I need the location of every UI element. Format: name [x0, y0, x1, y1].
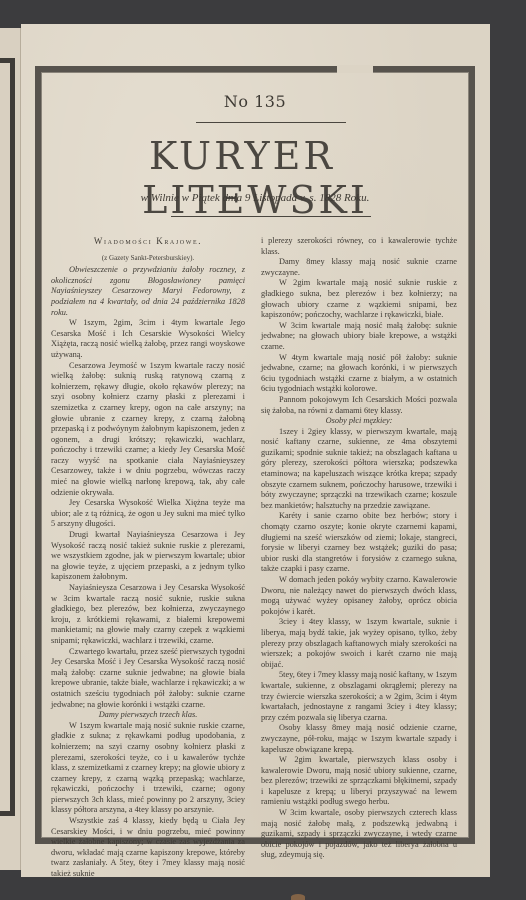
newspaper-page: No 135 KURYERLITEWSKI w Wilnie w Piątek … — [21, 24, 490, 877]
issue-prefix: No — [224, 92, 249, 111]
article-paragraph: W 3cim kwartale, osoby pierwszych cztere… — [261, 808, 457, 861]
article-paragraph: W 1szym, 2gim, 3cim i 4tym kwartale Jego… — [51, 318, 245, 360]
paper-stain — [291, 894, 305, 900]
dateline: w Wilnie w Piątek dnia 9 Listopada v. s.… — [41, 192, 469, 204]
frame-border-gap — [337, 65, 373, 73]
article-paragraph: W 2gim kwartale, pierwszych klass osoby … — [261, 755, 457, 808]
article-paragraph: Karéty i sanie czarno obite bez herbów; … — [261, 511, 457, 575]
header-rule-bottom — [171, 216, 371, 217]
article-paragraph: Cesarzowa Jeymość w 1szym kwartale raczy… — [51, 361, 245, 499]
article-paragraph: 5tey, 6tey i 7mey klassy mają nosić kaft… — [261, 670, 457, 723]
article-paragraph: Jey Cesarska Wysokość Wielka Xiężna teyż… — [51, 498, 245, 530]
article-paragraph: Drugi kwartał Nayiaśnieysza Cesarzowa i … — [51, 530, 245, 583]
article-paragraph: Pannom pokojowym Ich Cesarskich Mości po… — [261, 395, 457, 416]
source-line: (z Gazety Sankt-Petersburskiey). — [51, 253, 245, 264]
article-paragraph: 1szey i 2giey klassy, w pierwszym kwarta… — [261, 427, 457, 512]
right-column: i plerezy szerokości równey, co i kawale… — [261, 236, 457, 861]
subheading-ladies: Damy pierwszych trzech klas. — [51, 710, 245, 721]
page-frame-border: No 135 KURYERLITEWSKI w Wilnie w Piątek … — [35, 66, 475, 844]
section-heading: Wiadomości Krajowe. — [51, 236, 245, 247]
article-paragraph: Czwartego kwartału, przez sześć pierwszy… — [51, 647, 245, 711]
article-paragraph: W 4tym kwartale mają nosić pół żałoby: s… — [261, 353, 457, 395]
article-paragraph: Wszystkie zaś 4 klassy, kiedy będą u Cia… — [51, 816, 245, 880]
article-paragraph: W 2gim kwartale mają nosić suknie ruskie… — [261, 278, 457, 320]
subheading-men: Osoby płci męzkiey: — [261, 416, 457, 427]
title-part-1: KURYER — [149, 134, 335, 178]
article-paragraph: Damy 8mey klassy mają nosić suknie czarn… — [261, 257, 457, 278]
article-intro: Obwieszczenie o przywdzianiu żałoby rocz… — [51, 265, 245, 318]
article-paragraph: 3ciey i 4tey klassy, w 1szym kwartale, s… — [261, 617, 457, 670]
article-paragraph: Osoby klassy 8mey mają nosić odzienie cz… — [261, 723, 457, 755]
adjacent-page-edge — [0, 28, 21, 870]
article-paragraph: W 3cim kwartale mają nosić małą żałobę: … — [261, 321, 457, 353]
article-paragraph: W domach jeden pokóy wybity czarno. Kawa… — [261, 575, 457, 617]
article-paragraph: i plerezy szerokości równey, co i kawale… — [261, 236, 457, 257]
left-column: Wiadomości Krajowe. (z Gazety Sankt-Pete… — [51, 236, 245, 880]
adjacent-page-frame — [0, 58, 15, 816]
newspaper-title: KURYERLITEWSKI — [41, 134, 469, 222]
article-paragraph: Nayiaśnieysza Cesarzowa i Jey Cesarska W… — [51, 583, 245, 647]
issue-number-value: 135 — [254, 92, 286, 111]
article-paragraph: W 1szym kwartale mają nosić suknie ruski… — [51, 721, 245, 816]
issue-number: No 135 — [41, 92, 469, 111]
header-rule-top — [196, 122, 346, 123]
